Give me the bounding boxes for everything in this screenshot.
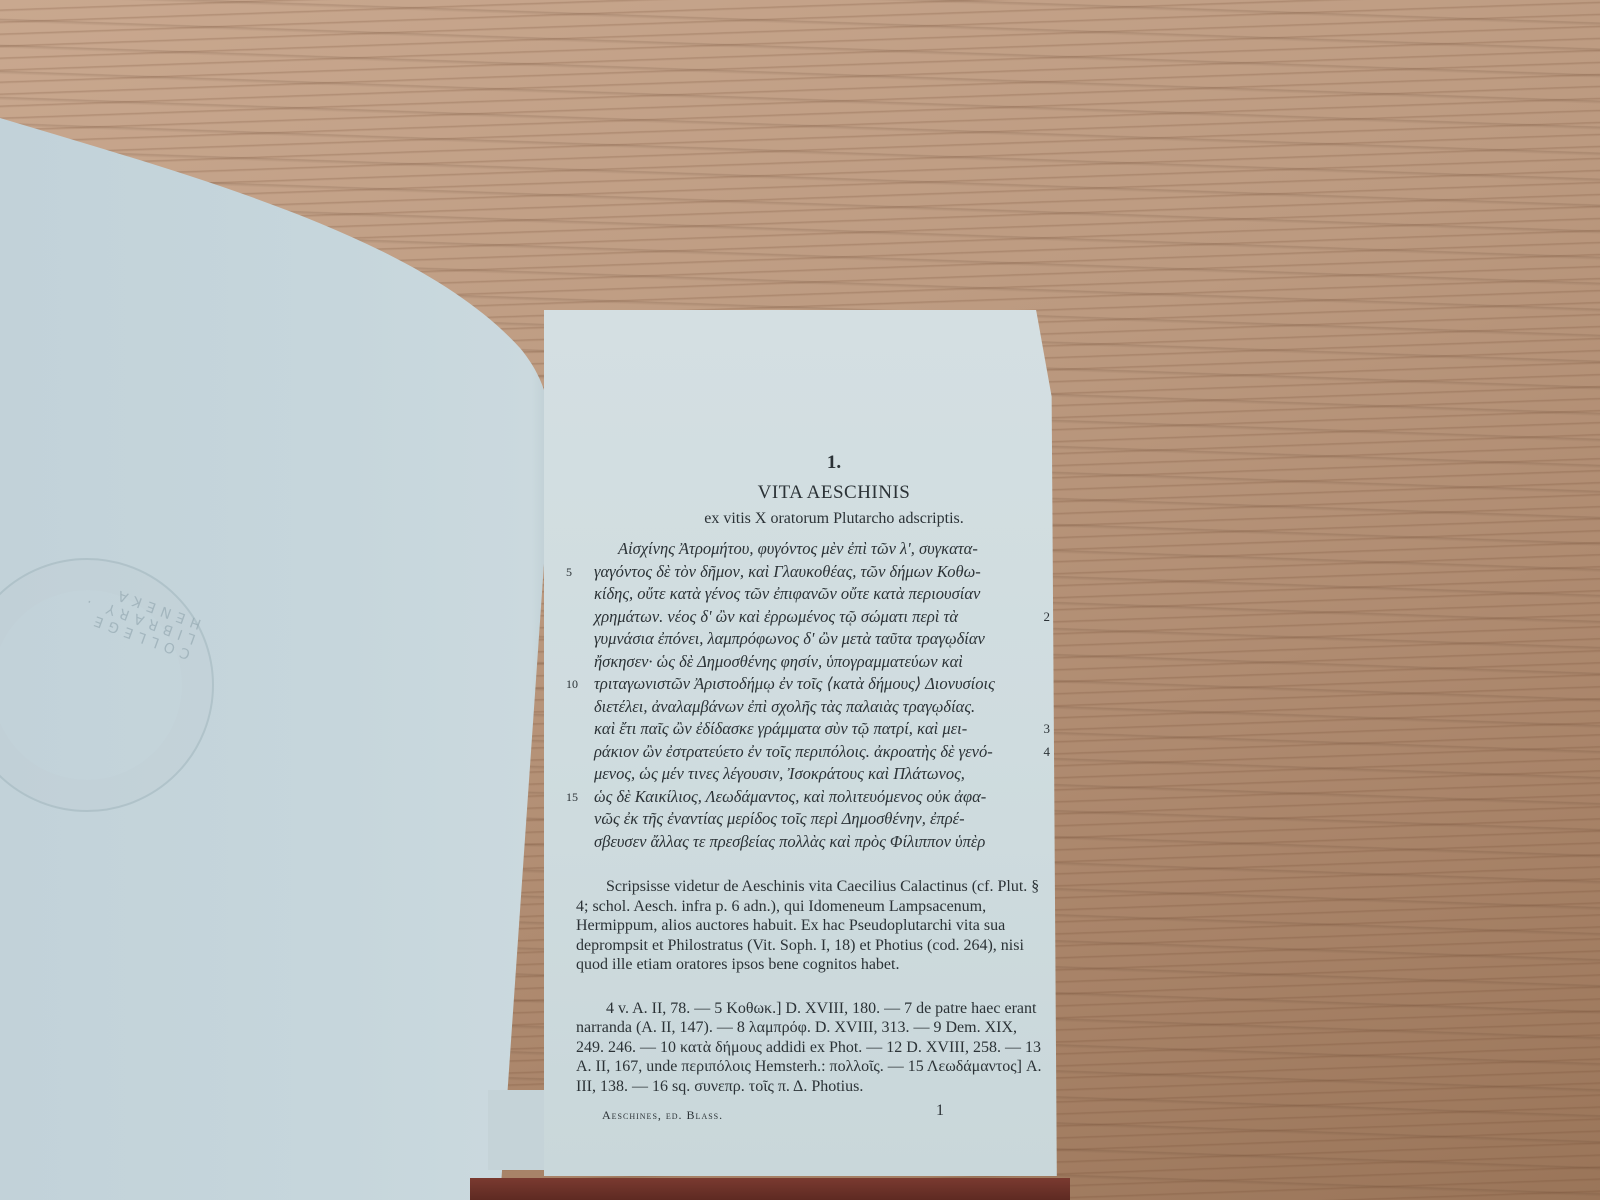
latin-note: Scripsisse videtur de Aeschinis vita Cae…: [566, 877, 1042, 975]
greek-line: σβευσεν ἄλλας τε πρεσβείας πολλὰς καὶ πρ…: [566, 831, 1042, 854]
page-footer: Aeschines, ed. Blass. 1: [566, 1108, 1042, 1130]
section-number: 1.: [626, 452, 1042, 474]
greek-line: διετέλει, ἀναλαμβάνων ἐπὶ σχολῆς τὰς παλ…: [566, 696, 1042, 719]
greek-text-block: Αἰσχίνης Ἀτρομήτου, φυγόντος μὲν ἐπὶ τῶν…: [566, 538, 1042, 853]
greek-line: κίδης, οὔτε κατὰ γένος τῶν ἐπιφανῶν οὔτε…: [566, 583, 1042, 606]
critical-apparatus: 4 v. A. II, 78. — 5 Κοθωκ.] D. XVIII, 18…: [566, 999, 1042, 1097]
page-number: 1: [936, 1102, 945, 1120]
greek-line: νῶς ἐκ τῆς ἐναντίας μερίδος τοῖς περὶ Δη…: [566, 808, 1042, 831]
page-title: VITA AESCHINIS: [626, 482, 1042, 504]
note-paragraph: Scripsisse videtur de Aeschinis vita Cae…: [576, 877, 1042, 975]
apparatus-text: 4 v. A. II, 78. — 5 Κοθωκ.] D. XVIII, 18…: [576, 999, 1042, 1097]
greek-line: 10τριταγωνιστῶν Ἀριστοδήμῳ ἐν τοῖς ⟨κατὰ…: [566, 673, 1042, 696]
book-cover-edge: [470, 1178, 1070, 1200]
greek-line: 5γαγόντος δὲ τὸν δῆμον, καὶ Γλαυκοθέας, …: [566, 561, 1042, 584]
page-text: 1. VITA AESCHINIS ex vitis X oratorum Pl…: [566, 452, 1042, 1130]
greek-line: χρημάτων. νέος δ' ὢν καὶ ἐρρωμένος τῷ σώ…: [566, 606, 1042, 629]
greek-line: ἤσκησεν· ὡς δὲ Δημοσθένης φησίν, ὑπογραμ…: [566, 651, 1042, 674]
footer-signature: Aeschines, ed. Blass.: [602, 1108, 723, 1123]
greek-line: Αἰσχίνης Ἀτρομήτου, φυγόντος μὲν ἐπὶ τῶν…: [566, 538, 1042, 561]
greek-line: ράκιον ὢν ἐστρατεύετο ἐν τοῖς περιπόλοις…: [566, 741, 1042, 764]
greek-line: γυμνάσια ἐπόνει, λαμπρόφωνος δ' ὢν μετὰ …: [566, 628, 1042, 651]
page-subtitle: ex vitis X oratorum Plutarcho adscriptis…: [626, 510, 1042, 528]
greek-line: 15ὡς δὲ Καικίλιος, Λεωδάμαντος, καὶ πολι…: [566, 786, 1042, 809]
greek-line: μενος, ὡς μέν τινες λέγουσιν, Ἰσοκράτους…: [566, 763, 1042, 786]
greek-line: καὶ ἔτι παῖς ὢν ἐδίδασκε γράμματα σὺν τῷ…: [566, 718, 1042, 741]
